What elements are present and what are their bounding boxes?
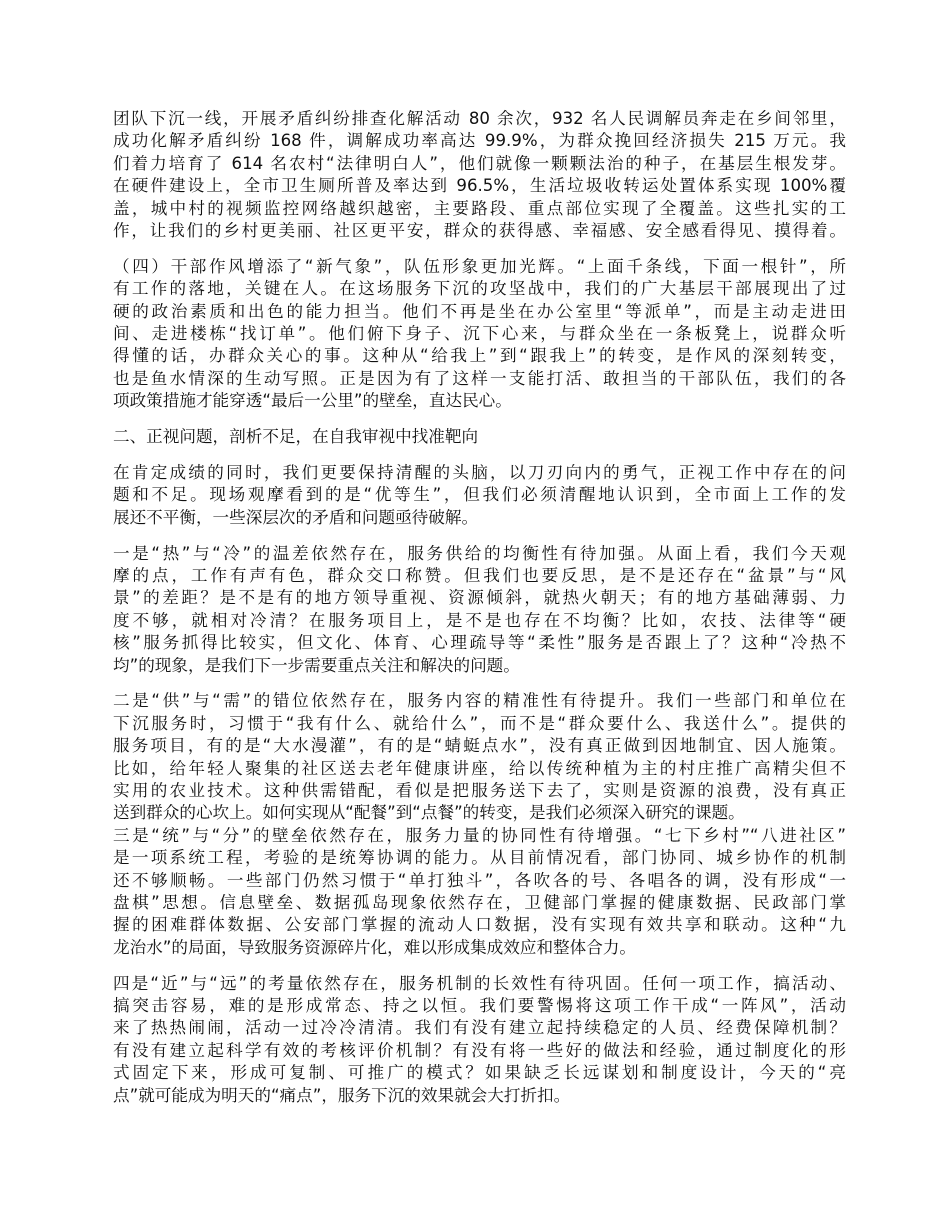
text-line: 搞突击容易，难的是形成常态、持之以恒。我们要警惕将这项工作干成“一阵风”，活动 [113,995,846,1017]
text-line: 龙治水”的局面，导致服务资源碎片化，难以形成集成效应和整体合力。 [113,937,846,959]
text-line: 送到群众的心坎上。如何实现从“配餐”到“点餐”的转变，是我们必须深入研究的课题。 [113,802,846,824]
paragraph-issue-four: 四是“近”与“远”的考量依然存在，服务机制的长效性有待巩固。任何一项工作，搞活动… [113,973,846,1107]
text-line: 项政策措施才能穿透“最后一公里”的壁垒，直达民心。 [113,390,846,412]
text-line: 在肯定成绩的同时，我们更要保持清醒的头脑，以刀刃向内的勇气，正视工作中存在的问 [113,462,846,484]
paragraph-cadre-style: （四）干部作风增添了“新气象”，队伍形象更加光辉。“上面千条线，下面一根针”，所… [113,256,846,413]
heading-text: 二、正视问题，剖析不足，在自我审视中找准靶向 [113,426,846,448]
paragraph-issue-one: 一是“热”与“冷”的温差依然存在，服务供给的均衡性有待加强。从面上看，我们今天观… [113,543,846,677]
text-line: 们着力培育了 614 名农村“法律明白人”，他们就像一颗颗法治的种子，在基层生根… [113,153,846,175]
text-line: 实用的农业技术。这种供需错配，看似是把服务送下去了，实则是资源的浪费，没有真正 [113,780,846,802]
text-line: 度不够，就相对冷清？在服务项目上，是不是也存在不均衡？比如，农技、法律等“硬 [113,610,846,632]
text-line: 握的困难群体数据、公安部门掌握的流动人口数据，没有实现有效共享和联动。这种“九 [113,914,846,936]
text-line: 在硬件建设上，全市卫生厕所普及率达到 96.5%，生活垃圾收转运处置体系实现 1… [113,175,846,197]
text-line: 下沉服务时，习惯于“我有什么、就给什么”，而不是“群众要什么、我送什么”。提供的 [113,713,846,735]
text-line: 核”服务抓得比较实，但文化、体育、心理疏导等“柔性”服务是否跟上了？这种“冷热不 [113,632,846,654]
text-line: 展还不平衡，一些深层次的矛盾和问题亟待破解。 [113,507,846,529]
text-line: 是一项系统工程，考验的是统筹协调的能力。从目前情况看，部门协同、城乡协作的机制 [113,847,846,869]
text-line: 题和不足。现场观摩看到的是“优等生”，但我们必须清醒地认识到，全市面上工作的发 [113,484,846,506]
text-line: 盘棋”思想。信息壁垒、数据孤岛现象依然存在，卫健部门掌握的健康数据、民政部门掌 [113,892,846,914]
text-line: 也是鱼水情深的生动写照。正是因为有了这样一支能打活、敢担当的干部队伍，我们的各 [113,368,846,390]
paragraph-issue-three: 三是“统”与“分”的壁垒依然存在，服务力量的协同性有待增强。“七下乡村”“八进社… [113,825,846,959]
text-line: 有没有建立起科学有效的考核评价机制？有没有将一些好的做法和经验，通过制度化的形 [113,1040,846,1062]
text-line: 作，让我们的乡村更美丽、社区更平安，群众的获得感、幸福感、安全感看得见、摸得着。 [113,220,846,242]
text-line: 三是“统”与“分”的壁垒依然存在，服务力量的协同性有待增强。“七下乡村”“八进社… [113,825,846,847]
text-line: 盖，城中村的视频监控网络越织越密，主要路段、重点部位实现了全覆盖。这些扎实的工 [113,198,846,220]
text-line: 比如，给年轻人聚集的社区送去老年健康讲座，给以传统种植为主的村庄推广高精尖但不 [113,758,846,780]
text-line: 还不够顺畅。一些部门仍然习惯于“单打独斗”，各吹各的号、各唱各的调，没有形成“一 [113,870,846,892]
text-line: 得懂的话，办群众关心的事。这种从“给我上”到“跟我上”的转变，是作风的深刻转变， [113,345,846,367]
text-line: 二是“供”与“需”的错位依然存在，服务内容的精准性有待提升。我们一些部门和单位在 [113,690,846,712]
text-line: 均”的现象，是我们下一步需要重点关注和解决的问题。 [113,655,846,677]
paragraph-issue-two: 二是“供”与“需”的错位依然存在，服务内容的精准性有待提升。我们一些部门和单位在… [113,690,846,824]
text-line: 来了热热闹闹，活动一过冷冷清清。我们有没有建立起持续稳定的人员、经费保障机制？ [113,1017,846,1039]
text-line: 团队下沉一线，开展矛盾纠纷排查化解活动 80 余次，932 名人民调解员奔走在乡… [113,108,846,130]
document-page: 团队下沉一线，开展矛盾纠纷排查化解活动 80 余次，932 名人民调解员奔走在乡… [113,108,846,1121]
text-line: 服务项目，有的是“大水漫灌”，有的是“蜻蜓点水”，没有真正做到因地制宜、因人施策… [113,735,846,757]
text-line: 间、走进楼栋“找订单”。他们俯下身子、沉下心来，与群众坐在一条板凳上，说群众听 [113,323,846,345]
text-line: 摩的点，工作有声有色，群众交口称赞。但我们也要反思，是不是还存在“盆景”与“风 [113,565,846,587]
text-line: 成功化解矛盾纠纷 168 件，调解成功率高达 99.9%，为群众挽回经济损失 2… [113,130,846,152]
text-line: 四是“近”与“远”的考量依然存在，服务机制的长效性有待巩固。任何一项工作，搞活动… [113,973,846,995]
text-line: 有工作的落地，关键在人。在这场服务下沉的攻坚战中，我们的广大基层干部展现出了过 [113,278,846,300]
paragraph-achievements-mediation: 团队下沉一线，开展矛盾纠纷排查化解活动 80 余次，932 名人民调解员奔走在乡… [113,108,846,242]
text-line: 景”的差距？是不是有的地方领导重视、资源倾斜，就热火朝天；有的地方基础薄弱、力 [113,587,846,609]
section-heading: 二、正视问题，剖析不足，在自我审视中找准靶向 [113,426,846,448]
text-line: 硬的政治素质和出色的能力担当。他们不再是坐在办公室里“等派单”，而是主动走进田 [113,301,846,323]
text-line: （四）干部作风增添了“新气象”，队伍形象更加光辉。“上面千条线，下面一根针”，所 [113,256,846,278]
text-line: 点”就可能成为明天的“痛点”，服务下沉的效果就会大打折扣。 [113,1085,846,1107]
text-line: 式固定下来，形成可复制、可推广的模式？如果缺乏长远谋划和制度设计，今天的“亮 [113,1062,846,1084]
paragraph-section-two-intro: 在肯定成绩的同时，我们更要保持清醒的头脑，以刀刃向内的勇气，正视工作中存在的问 … [113,462,846,529]
text-line: 一是“热”与“冷”的温差依然存在，服务供给的均衡性有待加强。从面上看，我们今天观 [113,543,846,565]
